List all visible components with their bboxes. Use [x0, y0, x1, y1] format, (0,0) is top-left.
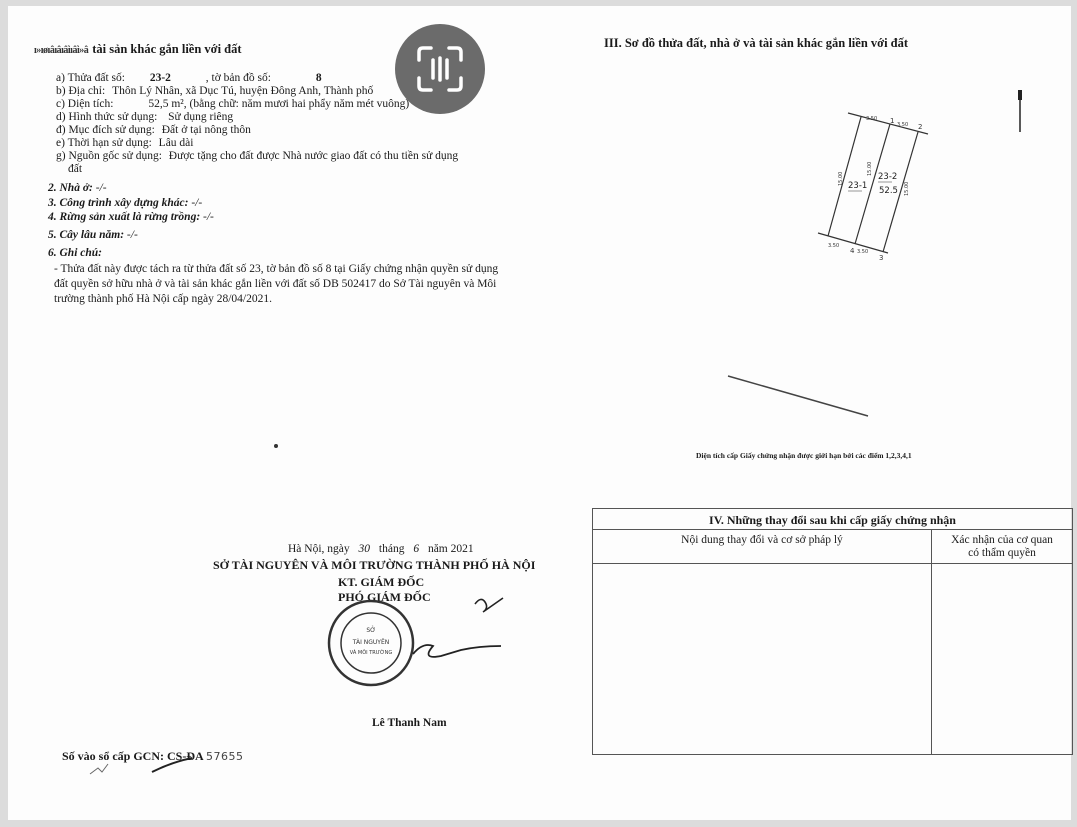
section-1-header: ı»ıøıâıâıâìıâì»â tài sản khác gắn liền v…: [34, 40, 242, 58]
changes-content-cell: [593, 564, 932, 755]
changes-table: IV. Những thay đổi sau khi cấp giấy chứn…: [592, 508, 1073, 755]
diagram-stray-line: [726, 374, 876, 420]
address-label: b) Địa chỉ:: [56, 85, 105, 97]
agency-name: SỞ TÀI NGUYÊN VÀ MÔI TRƯỜNG THÀNH PHỐ HÀ…: [213, 558, 535, 573]
plot-23-2-area: 52.5: [879, 186, 898, 196]
map-sheet-value: 8: [316, 72, 322, 84]
area-label: c) Diện tích:: [56, 98, 113, 110]
registry-number: 57655: [206, 750, 244, 763]
signer-name: Lê Thanh Nam: [372, 717, 447, 729]
plot-23-1-label: 23-1: [848, 181, 867, 191]
svg-text:VÀ MÔI TRƯỜNG: VÀ MÔI TRƯỜNG: [350, 649, 393, 656]
usage-term-value: Lâu dài: [159, 137, 194, 149]
date-day: 30: [359, 543, 371, 555]
svg-text:4: 4: [850, 247, 855, 255]
land-plot-value: 23-2: [150, 72, 171, 84]
area-value: 52,5 m², (bằng chữ: năm mươi hai phẩy nă…: [148, 98, 409, 110]
usage-purpose-label: đ) Mục đích sử dụng:: [56, 124, 155, 136]
svg-text:15.00: 15.00: [867, 162, 873, 176]
svg-text:3.50: 3.50: [857, 249, 868, 255]
address-value: Thôn Lý Nhân, xã Dục Tú, huyện Đông Anh,…: [112, 85, 373, 97]
section-1-title: tài sản khác gắn liền với đất: [92, 42, 241, 56]
certificate-page: ı»ıøıâıâıâìıâì»â tài sản khác gắn liền v…: [8, 6, 1071, 820]
svg-text:1: 1: [890, 117, 894, 125]
map-sheet-label: , tờ bản đồ số:: [206, 72, 271, 84]
svg-text:15.00: 15.00: [838, 172, 844, 186]
item-perennial-trees: 5. Cây lâu năm: -/-: [48, 229, 138, 241]
confirmation-cell: [932, 564, 1073, 755]
handwritten-signature: [403, 584, 513, 674]
item-planted-forest: 4. Rừng sản xuất là rừng trồng: -/-: [48, 211, 214, 223]
plot-23-2-label: 23-2: [878, 172, 897, 182]
diagram-caption: Diện tích cấp Giấy chứng nhận được giới …: [696, 451, 912, 460]
svg-text:2: 2: [918, 123, 922, 131]
svg-text:SỞ: SỞ: [366, 626, 375, 634]
svg-text:TÀI NGUYÊN: TÀI NGUYÊN: [352, 638, 389, 646]
svg-text:3.50: 3.50: [866, 116, 877, 122]
svg-text:3: 3: [879, 254, 883, 262]
origin-value: Được tặng cho đất được Nhà nước giao đất…: [169, 150, 458, 162]
scan-speck: [274, 444, 278, 448]
land-plot-row: a) Thửa đất số: 23-2 , tờ bản đồ số: 8: [56, 72, 322, 85]
date-month: 6: [413, 543, 419, 555]
plot-diagram: 3.50 1 3.50 2 3.50 4 3.50 3 15.00 15.00 …: [808, 106, 938, 266]
place-date: Hà Nội, ngày 30 tháng 6 năm 2021: [288, 543, 474, 555]
origin-label: g) Nguồn gốc sử dụng:: [56, 150, 162, 162]
svg-text:15.00: 15.00: [904, 182, 910, 196]
origin-value-2: đất: [68, 163, 82, 175]
scan-text-icon: [415, 44, 465, 94]
origin-row: g) Nguồn gốc sử dụng: Được tặng cho đất …: [56, 150, 458, 163]
usage-purpose-value: Đất ở tại nông thôn: [162, 124, 251, 136]
land-plot-label: a) Thửa đất số:: [56, 72, 125, 84]
area-row: c) Diện tích: 52,5 m², (bằng chữ: năm mư…: [56, 98, 409, 111]
origin-row-2: đất: [68, 163, 82, 176]
svg-text:3.50: 3.50: [828, 243, 839, 249]
scan-text-button[interactable]: [395, 24, 485, 114]
section-1-title-garbled: ı»ıøıâıâıâìıâì»â: [34, 45, 88, 56]
usage-purpose-row: đ) Mục đích sử dụng: Đất ở tại nông thôn: [56, 124, 251, 137]
section-3-title: III. Sơ đồ thửa đất, nhà ở và tài sản kh…: [604, 36, 908, 51]
column-header-changes: Nội dung thay đổi và cơ sở pháp lý: [593, 530, 932, 564]
item-notes: 6. Ghi chú:: [48, 247, 102, 259]
svg-text:3.50: 3.50: [897, 122, 908, 128]
usage-term-row: e) Thời hạn sử dụng: Lâu dài: [56, 137, 193, 150]
note-text: - Thửa đất này được tách ra từ thửa đất …: [54, 262, 514, 307]
usage-form-label: d) Hình thức sử dụng:: [56, 111, 157, 123]
column-header-confirmation: Xác nhận của cơ quan có thẩm quyền: [932, 530, 1073, 564]
item-house: 2. Nhà ở: -/-: [48, 182, 107, 194]
section-4-title: IV. Những thay đổi sau khi cấp giấy chứn…: [593, 509, 1073, 530]
north-arrow-icon: [1013, 86, 1027, 134]
address-row: b) Địa chỉ: Thôn Lý Nhân, xã Dục Tú, huy…: [56, 85, 373, 98]
usage-form-row: d) Hình thức sử dụng: Sử dụng riêng: [56, 111, 233, 124]
registry-scribble: [86, 754, 196, 780]
usage-term-label: e) Thời hạn sử dụng:: [56, 137, 152, 149]
usage-form-value: Sử dụng riêng: [168, 111, 233, 123]
item-other-construction: 3. Công trình xây dựng khác: -/-: [48, 197, 202, 209]
